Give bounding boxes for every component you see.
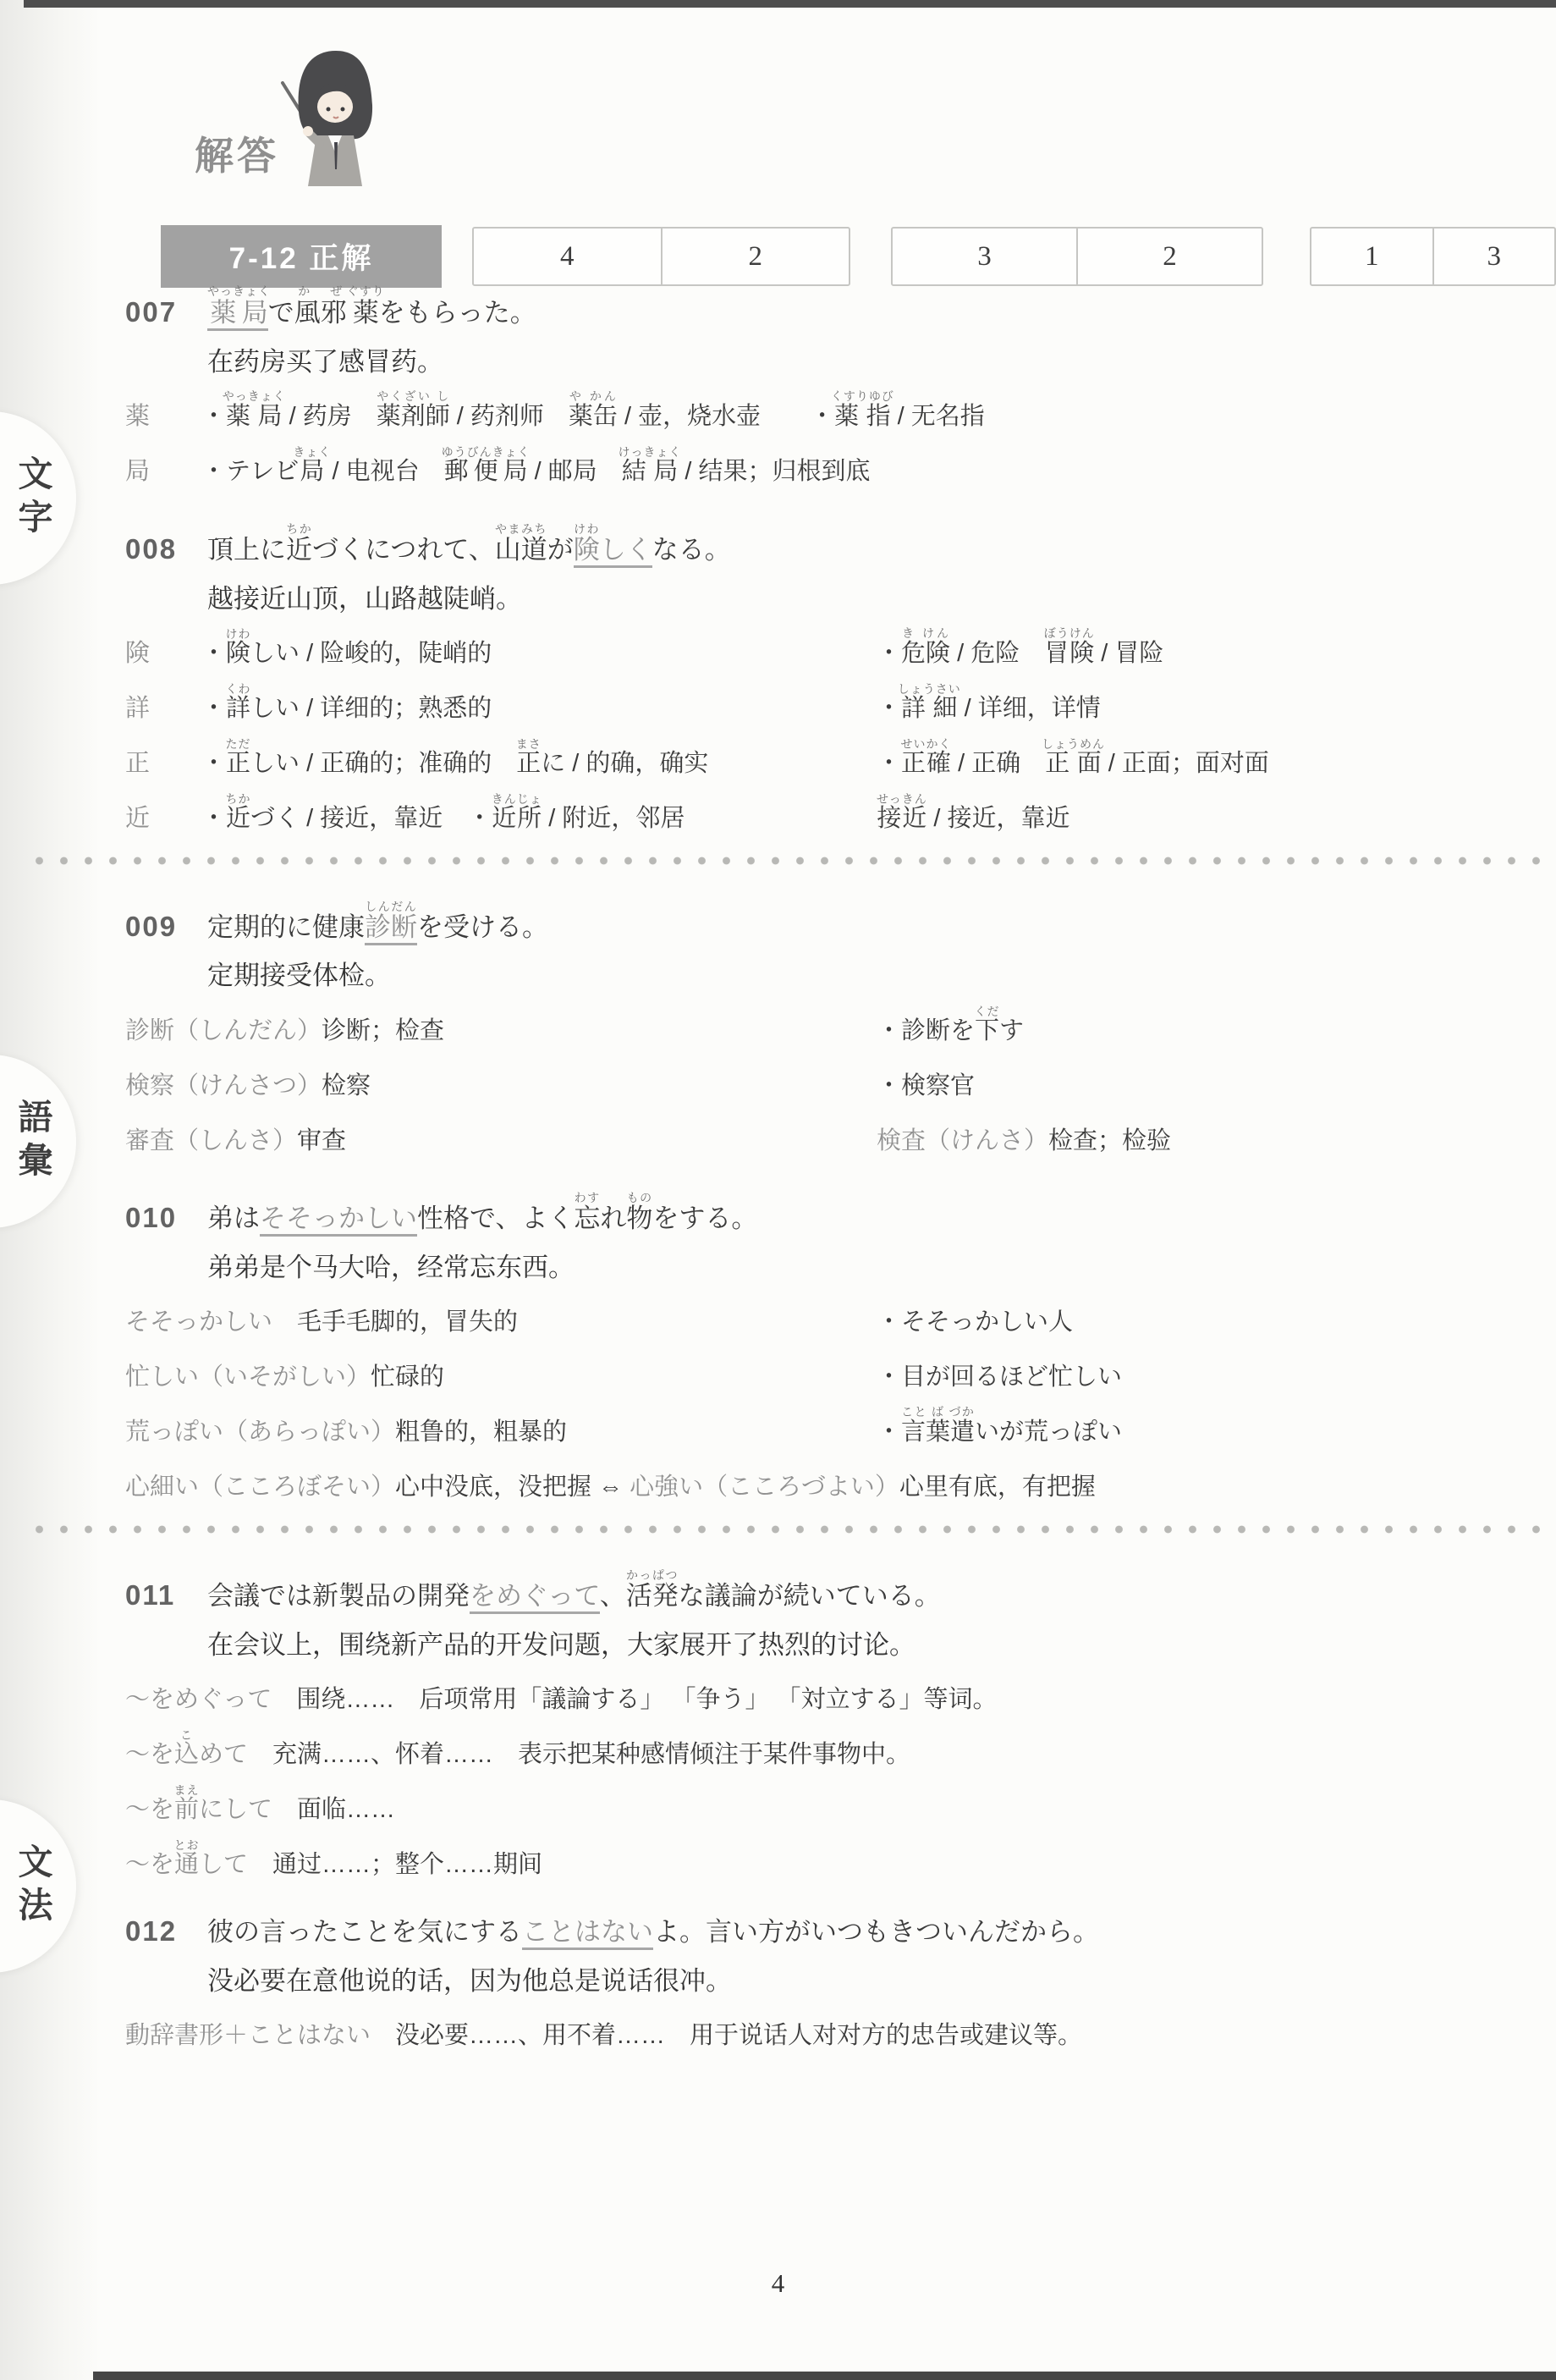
answer-bar-label: 7-12 正解: [161, 225, 442, 288]
question-block: 012彼の言ったことを気にすることはないよ。言い方がいつもきついんだから。没必要…: [125, 1915, 1509, 2052]
text-segment: 通过……；整个……期间: [248, 1851, 542, 1878]
question-sentence: 弟はそそっかしい性格で、よく忘わすれ物ものをする。: [207, 1191, 757, 1236]
ruby-text: 険けわ: [226, 640, 250, 667]
entry-left-text: 荒っぽい（あらっぽい）粗鲁的，粗暴的: [125, 1417, 877, 1449]
entry-line: 正・正ただしい / 正确的；准确的 正まさに / 的确，确实・正確せいかく / …: [125, 736, 1509, 780]
entry-left-text: ・近ちかづく / 接近，靠近 ・近所きんじょ / 附近，邻居: [201, 792, 877, 835]
entry-line: 局・テレビ局きょく / 电视台 郵便局ゆうびんきょく / 邮局 結局けっきょく …: [125, 444, 1509, 488]
entry-head-kanji: 薬: [125, 401, 201, 433]
question-number: 007: [125, 296, 207, 328]
text-segment: 面临……: [272, 1796, 395, 1823]
dotted-divider: [24, 856, 1552, 866]
question-translation: 没必要在意他说的话，因为他总是说话很冲。: [207, 1959, 1509, 1997]
text-segment: / 壶，烧水壶 ・: [618, 403, 834, 430]
text-segment: す: [999, 1017, 1024, 1044]
entry-left-text: ・険けわしい / 险峻的，陡峭的: [201, 627, 877, 670]
text-segment: / 药房: [283, 403, 377, 430]
text-segment: ・テレビ: [201, 458, 299, 485]
ruby-text: 薬缶や かん: [569, 403, 618, 430]
ruby-text: 接近せっきん: [877, 805, 926, 832]
question-sentence-row: 009定期的に健康診断しんだんを受ける。: [125, 900, 1509, 945]
text-segment: 会議では新製品の開発: [207, 1581, 470, 1611]
text-segment: 頂上に: [207, 535, 286, 565]
text-segment: ・: [877, 1419, 901, 1446]
text-segment: よ。言い方がいつもきついんだから。: [653, 1917, 1099, 1947]
entry-right-text: ・検察官: [877, 1071, 1509, 1103]
text-segment: しい / 正确的；准确的: [250, 750, 516, 777]
text-segment: 粗鲁的，粗暴的: [395, 1419, 567, 1446]
page-number: 4: [0, 2268, 1556, 2299]
ruby-text: 危険き けん: [901, 640, 950, 667]
ruby-text: 診断しんだん: [365, 912, 417, 945]
text-segment: に / 的确，确实: [541, 750, 708, 777]
entry-head-kanji: 局: [125, 456, 201, 488]
ruby-text: 前まえ: [174, 1796, 199, 1823]
ruby-text: 忘わす: [574, 1204, 600, 1233]
text-segment: / 邮局: [528, 458, 622, 485]
question-sentence-row: 011会議では新製品の開発をめぐって、活発かっぱつな議論が続いている。: [125, 1568, 1509, 1613]
entry-line: ～を通とおして 通过……；整个……期间: [125, 1837, 1509, 1881]
entry-right-text: ・危険き けん / 危险 冒険ぼうけん / 冒险: [877, 626, 1509, 670]
text-segment: 诊断；检查: [322, 1017, 444, 1044]
entry-full-text: ～を込こめて 充满……、怀着…… 表示把某种感情倾注于某件事物中。: [125, 1728, 1509, 1771]
text-segment: ・: [201, 805, 226, 832]
text-segment: 心里有底，有把握: [899, 1474, 1096, 1501]
answer-box-group: 32: [891, 227, 1263, 286]
text-segment: 診断（しんだん）: [125, 1017, 322, 1044]
text-segment: 充满……、怀着…… 表示把某种感情倾注于某件事物中。: [248, 1741, 910, 1768]
questions-container: 007薬局やっきょくで風邪か ぜ薬ぐすりをもらった。在药房买了感冒药。薬・薬局や…: [0, 284, 1556, 2052]
entry-right-text: 接近せっきん / 接近，靠近: [877, 792, 1509, 835]
ruby-text: 近ちか: [226, 805, 250, 832]
entry-line: 薬・薬局やっきょく / 药房 薬剤師やくざい し / 药剂师 薬缶や かん / …: [125, 389, 1509, 433]
text-segment: 動辞書形＋ことはない: [125, 2022, 371, 2049]
question-sentence: 会議では新製品の開発をめぐって、活発かっぱつな議論が続いている。: [207, 1568, 941, 1613]
text-segment: / 药剂师: [450, 403, 569, 430]
ruby-text: 詳細しょうさい: [901, 695, 958, 722]
text-segment: / 结果；归根到底: [678, 458, 870, 485]
question-translation: 越接近山顶，山路越陡峭。: [207, 577, 1509, 615]
answer-section-header: 解答: [195, 44, 432, 213]
entry-left-text: 診断（しんだん）诊断；检查: [125, 1016, 877, 1048]
text-segment: 忙碌的: [371, 1364, 444, 1391]
text-segment: しい / 险峻的，陡峭的: [250, 640, 492, 667]
text-segment: 检查；检验: [1048, 1127, 1171, 1154]
ruby-text: 正まさ: [516, 750, 541, 777]
answer-cell: 2: [661, 229, 849, 284]
ruby-text: 風邪か ぜ: [294, 298, 347, 328]
entry-left-text: ・正ただしい / 正确的；准确的 正まさに / 的确，确实: [201, 737, 877, 780]
question-sentence: 頂上に近ちかづくにつれて、山道やまみちが険けわしくなる。: [207, 522, 731, 567]
question-translation: 弟弟是个马大哈，经常忘东西。: [207, 1246, 1509, 1284]
ruby-text: 近所きんじょ: [492, 805, 542, 832]
dotted-divider: [24, 1524, 1552, 1534]
question-sentence-row: 010弟はそそっかしい性格で、よく忘わすれ物ものをする。: [125, 1191, 1509, 1236]
text-segment: / 正确: [951, 750, 1045, 777]
entry-line: 診断（しんだん）诊断；检查・診断を下くだす: [125, 1003, 1509, 1047]
question-number: 011: [125, 1579, 207, 1611]
text-segment: を受ける。: [417, 912, 548, 942]
question-translation: 在会议上，围绕新产品的开发问题，大家展开了热烈的讨论。: [207, 1623, 1509, 1661]
answer-bar: 7-12 正解 423213: [0, 225, 1556, 289]
entry-full-text: ～を前まえにして 面临……: [125, 1783, 1509, 1826]
text-segment: ・診断を: [877, 1017, 975, 1044]
ruby-text: 薬ぐすり: [347, 298, 379, 328]
entry-line: 忙しい（いそがしい）忙碌的・目が回るほど忙しい: [125, 1350, 1509, 1394]
text-segment: が: [547, 535, 574, 565]
answer-cell: 3: [893, 229, 1076, 284]
text-segment: ・目が回るほど忙しい: [877, 1364, 1122, 1391]
text-segment: 、: [600, 1581, 626, 1611]
text-segment: ・検察官: [877, 1072, 975, 1099]
entry-full-text: 動辞書形＋ことはない 没必要……、用不着…… 用于说话人对对方的忠告或建议等。: [125, 2020, 1509, 2052]
text-segment: 性格で、よく: [417, 1204, 574, 1233]
text-segment: ～を: [125, 1796, 174, 1823]
entry-left-text: 検察（けんさつ）检察: [125, 1071, 877, 1103]
ruby-text: 正面しょうめん: [1045, 750, 1102, 777]
text-segment: をめぐって: [470, 1581, 600, 1614]
text-segment: 检察: [322, 1072, 371, 1099]
question-translation: 定期接受体检。: [207, 954, 1509, 992]
question-block: 008頂上に近ちかづくにつれて、山道やまみちが険けわしくなる。越接近山顶，山路越…: [125, 522, 1509, 835]
text-segment: 検察（けんさつ）: [125, 1072, 322, 1099]
ruby-text: 言葉遣こと ば づか: [901, 1419, 975, 1446]
ruby-text: 険けわ: [574, 535, 600, 568]
text-segment: ・そそっかしい人: [877, 1308, 1073, 1336]
text-segment: / 正面；面对面: [1102, 750, 1269, 777]
ruby-text: 山道やまみち: [495, 535, 547, 565]
question-block: 010弟はそそっかしい性格で、よく忘わすれ物ものをする。弟弟是个马大哈，经常忘东…: [125, 1191, 1509, 1504]
entry-line: 近・近ちかづく / 接近，靠近 ・近所きんじょ / 附近，邻居接近せっきん / …: [125, 791, 1509, 835]
text-segment: な議論が続いている。: [679, 1581, 941, 1611]
text-segment: ・: [877, 640, 901, 667]
entry-full-text: 心細い（こころぼそい）心中没底，没把握 ⇔ 心強い（こころづよい）心里有底，有把…: [125, 1472, 1509, 1504]
question-number: 010: [125, 1202, 207, 1234]
entry-full-text: ～を通とおして 通过……；整个……期间: [125, 1838, 1509, 1881]
text-segment: づくにつれて、: [312, 535, 495, 565]
text-segment: ・: [877, 750, 901, 777]
ruby-text: 正ただ: [226, 750, 250, 777]
ruby-text: 込こ: [174, 1741, 199, 1768]
text-segment: ～を: [125, 1741, 174, 1768]
ruby-text: 活発かっぱつ: [626, 1581, 679, 1611]
text-segment: ことはない: [522, 1917, 653, 1950]
entry-right-text: ・そそっかしい人: [877, 1307, 1509, 1339]
question-block: 011会議では新製品の開発をめぐって、活発かっぱつな議論が続いている。在会议上，…: [125, 1568, 1509, 1881]
text-segment: 定期的に健康: [207, 912, 365, 942]
text-segment: 毛手毛脚的，冒失的: [272, 1308, 518, 1336]
ruby-text: 近ちか: [286, 535, 312, 565]
text-segment: 审查: [297, 1127, 346, 1154]
text-segment: ・: [201, 750, 226, 777]
entry-head-kanji: 険: [125, 638, 201, 670]
text-segment: 心細い（こころぼそい）: [125, 1474, 395, 1501]
question-block: 009定期的に健康診断しんだんを受ける。定期接受体检。診断（しんだん）诊断；检查…: [125, 900, 1509, 1158]
answer-box-group: 42: [472, 227, 850, 286]
entry-line: 荒っぽい（あらっぽい）粗鲁的，粗暴的・言葉遣こと ば づかいが荒っぽい: [125, 1405, 1509, 1449]
question-number: 008: [125, 533, 207, 565]
answer-cell: 4: [474, 229, 661, 284]
entry-line: 詳・詳くわしい / 详细的；熟悉的・詳細しょうさい / 详细，详情: [125, 681, 1509, 725]
text-segment: ～をめぐって: [125, 1686, 272, 1713]
entry-right-text: ・目が回るほど忙しい: [877, 1362, 1509, 1394]
ruby-text: 物もの: [626, 1204, 652, 1233]
text-segment: をする。: [652, 1204, 757, 1233]
entry-left-text: ・薬局やっきょく / 药房 薬剤師やくざい し / 药剂师 薬缶や かん / 壶…: [201, 389, 1509, 433]
answer-cell: 1: [1311, 229, 1432, 284]
entry-right-text: 検査（けんさ）检查；检验: [877, 1126, 1509, 1158]
question-sentence: 薬局やっきょくで風邪か ぜ薬ぐすりをもらった。: [207, 284, 536, 330]
entry-line: ～を前まえにして 面临……: [125, 1782, 1509, 1826]
ruby-text: 薬局やっきょく: [207, 298, 268, 331]
entry-left-text: ・詳くわしい / 详细的；熟悉的: [201, 682, 877, 725]
text-segment: れ: [600, 1204, 626, 1233]
entry-line: 動辞書形＋ことはない 没必要……、用不着…… 用于说话人对对方的忠告或建议等。: [125, 2008, 1509, 2052]
text-segment: 彼の言ったことを気にする: [207, 1917, 522, 1947]
text-segment: そそっかしい: [260, 1204, 417, 1237]
question-translation: 在药房买了感冒药。: [207, 340, 1509, 378]
text-segment: / 接近，靠近: [926, 805, 1069, 832]
entry-right-text: ・正確せいかく / 正确 正面しょうめん / 正面；面对面: [877, 737, 1509, 780]
answer-cell: 3: [1432, 229, 1555, 284]
question-sentence: 定期的に健康診断しんだんを受ける。: [207, 900, 548, 945]
entry-head-kanji: 正: [125, 748, 201, 780]
ruby-text: 通とお: [174, 1851, 199, 1878]
text-segment: 围绕…… 后项常用「議論する」 「争う」 「対立する」等词。: [272, 1686, 997, 1713]
entry-head-kanji: 近: [125, 803, 201, 835]
text-segment: なる。: [652, 535, 731, 565]
ruby-text: 結局けっきょく: [622, 458, 679, 485]
entry-line: 険・険けわしい / 险峻的，陡峭的・危険き けん / 危险 冒険ぼうけん / 冒…: [125, 626, 1509, 670]
text-segment: / 附近，邻居: [542, 805, 685, 832]
teacher-illustration: [272, 44, 399, 209]
ruby-text: 薬指くすりゆび: [834, 403, 891, 430]
text-segment: 荒っぽい（あらっぽい）: [125, 1419, 395, 1446]
text-segment: しく: [600, 535, 652, 568]
text-segment: 没必要……、用不着…… 用于说话人对对方的忠告或建议等。: [371, 2022, 1082, 2049]
text-segment: / 冒险: [1094, 640, 1163, 667]
page-root: 解答 7-12 正解 423213 文字 語彙 文法 007薬局やっきょくで風邪…: [0, 0, 1556, 2380]
entry-left-text: 忙しい（いそがしい）忙碌的: [125, 1362, 877, 1394]
question-sentence-row: 012彼の言ったことを気にすることはないよ。言い方がいつもきついんだから。: [125, 1915, 1509, 1949]
entry-full-text: ～をめぐって 围绕…… 后项常用「議論する」 「争う」 「対立する」等词。: [125, 1684, 1509, 1716]
entry-line: 検察（けんさつ）检察・検察官: [125, 1058, 1509, 1102]
text-segment: / 详细，详情: [958, 695, 1101, 722]
ruby-text: 冒険ぼうけん: [1044, 640, 1094, 667]
entry-line: 審査（しんさ）审查検査（けんさ）检查；检验: [125, 1113, 1509, 1157]
ruby-text: 郵便局ゆうびんきょく: [444, 458, 528, 485]
text-segment: して: [199, 1851, 248, 1878]
text-segment: めて: [199, 1741, 248, 1768]
text-segment: いが荒っぽい: [975, 1419, 1122, 1446]
text-segment: / 电视台: [325, 458, 443, 485]
entry-line: ～を込こめて 充满……、怀着…… 表示把某种感情倾注于某件事物中。: [125, 1727, 1509, 1771]
text-segment: ・: [201, 640, 226, 667]
text-segment: 弟は: [207, 1204, 260, 1233]
ruby-text: 薬剤師やくざい し: [377, 403, 450, 430]
ruby-text: 薬局やっきょく: [226, 403, 283, 430]
entry-line: そそっかしい 毛手毛脚的，冒失的・そそっかしい人: [125, 1295, 1509, 1339]
answer-box-group: 13: [1310, 227, 1556, 286]
answer-section-label: 解答: [195, 125, 279, 181]
text-segment: 心強い（こころづよい）: [630, 1474, 899, 1501]
ruby-text: 下くだ: [975, 1017, 999, 1044]
ruby-text: 正確せいかく: [901, 750, 951, 777]
question-number: 012: [125, 1915, 207, 1948]
question-sentence-row: 007薬局やっきょくで風邪か ぜ薬ぐすりをもらった。: [125, 284, 1509, 330]
entry-left-text: 審査（しんさ）审查: [125, 1126, 877, 1158]
ruby-text: 局きょく: [299, 458, 325, 485]
text-segment: 検査（けんさ）: [877, 1127, 1048, 1154]
text-segment: そそっかしい: [125, 1308, 272, 1336]
entry-left-text: そそっかしい 毛手毛脚的，冒失的: [125, 1307, 877, 1339]
text-segment: ・: [201, 695, 226, 722]
text-segment: づく / 接近，靠近 ・: [250, 805, 492, 832]
text-segment: 忙しい（いそがしい）: [125, 1364, 371, 1391]
entry-right-text: ・言葉遣こと ば づかいが荒っぽい: [877, 1405, 1509, 1449]
text-segment: / 无名指: [891, 403, 985, 430]
text-segment: / 危险: [950, 640, 1044, 667]
text-segment: 心中没底，没把握 ⇔: [395, 1474, 630, 1501]
entry-line: ～をめぐって 围绕…… 后项常用「議論する」 「争う」 「対立する」等词。: [125, 1672, 1509, 1716]
top-edge-strip: [24, 0, 1556, 8]
bottom-edge-strip: [93, 2372, 1556, 2380]
entry-left-text: ・テレビ局きょく / 电视台 郵便局ゆうびんきょく / 邮局 結局けっきょく /…: [201, 445, 1509, 488]
text-segment: にして: [199, 1796, 272, 1823]
text-segment: ～を: [125, 1851, 174, 1878]
question-block: 007薬局やっきょくで風邪か ぜ薬ぐすりをもらった。在药房买了感冒药。薬・薬局や…: [125, 284, 1509, 488]
text-segment: 審査（しんさ）: [125, 1127, 297, 1154]
text-segment: をもらった。: [379, 298, 536, 328]
entry-right-text: ・詳細しょうさい / 详细，详情: [877, 682, 1509, 725]
text-segment: で: [268, 298, 294, 328]
entry-head-kanji: 詳: [125, 693, 201, 725]
text-segment: しい / 详细的；熟悉的: [250, 695, 492, 722]
entry-right-text: ・診断を下くだす: [877, 1005, 1509, 1048]
question-number: 009: [125, 911, 207, 943]
answer-cell: 2: [1076, 229, 1262, 284]
question-sentence: 彼の言ったことを気にすることはないよ。言い方がいつもきついんだから。: [207, 1916, 1099, 1949]
question-sentence-row: 008頂上に近ちかづくにつれて、山道やまみちが険けわしくなる。: [125, 522, 1509, 567]
entry-line: 心細い（こころぼそい）心中没底，没把握 ⇔ 心強い（こころづよい）心里有底，有把…: [125, 1460, 1509, 1504]
ruby-text: 詳くわ: [226, 695, 250, 722]
